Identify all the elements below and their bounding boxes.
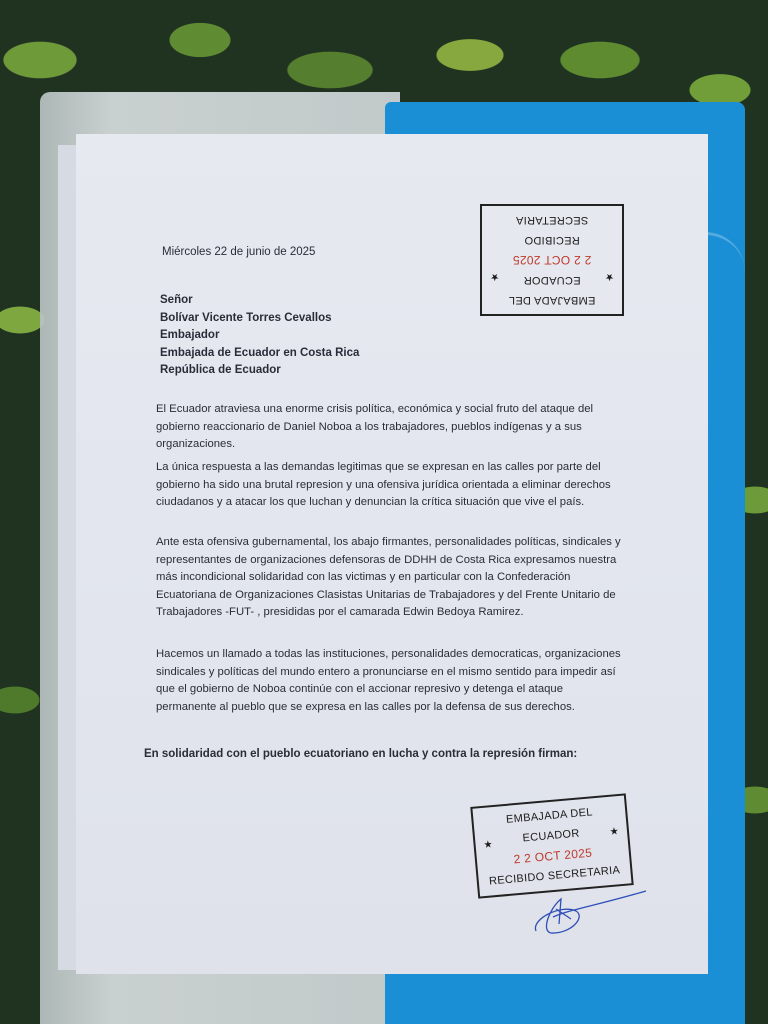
letter-page: Miércoles 22 de junio de 2025 Señor Bolí…	[76, 134, 708, 974]
signature	[531, 879, 651, 939]
reception-stamp-top: EMBAJADA DEL ECUADOR 2 2 OCT 2025 ★ ★ RE…	[480, 204, 624, 316]
stamp-embassy: EMBAJADA DEL ECUADOR	[488, 270, 616, 310]
recipient-institution: Embajada de Ecuador en Costa Rica	[160, 345, 359, 363]
recipient-block: Señor Bolívar Vicente Torres Cevallos Em…	[160, 292, 359, 380]
star-icon: ★	[490, 266, 499, 286]
recipient-name: Bolívar Vicente Torres Cevallos	[160, 310, 359, 328]
stamp-date: 2 2 OCT 2025	[488, 250, 616, 270]
star-icon: ★	[609, 822, 620, 843]
stamp-received: RECIBIDO SECRETARIA	[488, 210, 616, 250]
recipient-salutation: Señor	[160, 292, 359, 310]
paragraph-4: Hacemos un llamado a todas las instituci…	[156, 646, 626, 716]
paragraph-1: El Ecuador atraviesa una enorme crisis p…	[156, 401, 626, 454]
paragraph-3: Ante esta ofensiva gubernamental, los ab…	[156, 534, 626, 622]
paragraph-2: La única respuesta a las demandas legiti…	[156, 459, 626, 512]
recipient-country: República de Ecuador	[160, 362, 359, 380]
star-icon: ★	[605, 266, 614, 286]
recipient-title: Embajador	[160, 327, 359, 345]
letter-date: Miércoles 22 de junio de 2025	[162, 246, 315, 258]
closing-line: En solidaridad con el pueblo ecuatoriano…	[144, 748, 577, 760]
star-icon: ★	[483, 835, 494, 856]
